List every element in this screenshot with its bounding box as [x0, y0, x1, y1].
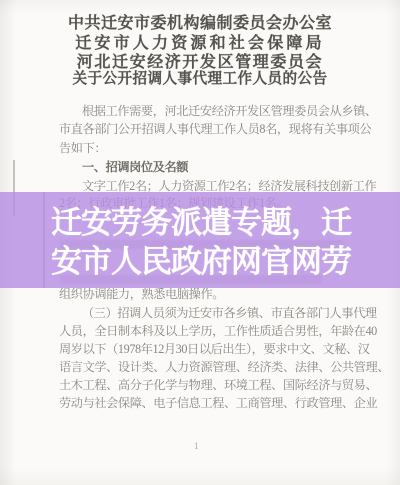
doc-section-heading: 一、招调岗位及名额	[59, 160, 382, 174]
doc-body-line: 组织协调能力，熟悉电脑操作。	[59, 287, 359, 301]
doc-body-line: 市直各部门公开招调人事代理工作人员8名，现将有关事项公	[59, 122, 359, 136]
doc-body-line: （三）招调人员须为迁安市各乡镇、市直各部门人事代理	[59, 306, 382, 320]
doc-body-line: 人员，全日制本科及以上学历，工作性质适合男性，年龄在40	[59, 324, 359, 338]
doc-body-line: 劳动与社会保障、电子信息工程、工商管理、行政管理、企业	[59, 396, 359, 410]
doc-body-line: 周岁以下（1978年12月30日以后出生），要求中文、文秘、汉	[59, 342, 359, 356]
doc-header-line-4: 关于公开招调人事代理工作人员的公告	[0, 67, 400, 88]
news-thumbnail-photo: 中共迁安市委机构编制委员会办公室 迁安市人力资源和社会保障局 河北迁安经济开发区…	[0, 0, 400, 485]
doc-body-line: 文字工作2名；人力资源工作2名；经济发展科技创新工作	[59, 179, 382, 193]
doc-body-line: 告如下：	[59, 141, 359, 155]
headline-title-line-1: 迁安劳务派遣专题，迁	[51, 205, 351, 241]
doc-body-line: 土木工程、高分子化学与物理、环境工程、国际经济与贸易、	[59, 378, 359, 392]
doc-body-line: 语言文学、设计类、人力资源管理、经济类、法律、公共管理、	[59, 360, 359, 374]
doc-body-line: 根据工作需要，河北迁安经济开发区管理委员会从乡镇、	[59, 104, 382, 118]
page-number: 1	[194, 441, 199, 451]
headline-title-line-2: 安市人民政府网官网劳	[51, 244, 351, 280]
